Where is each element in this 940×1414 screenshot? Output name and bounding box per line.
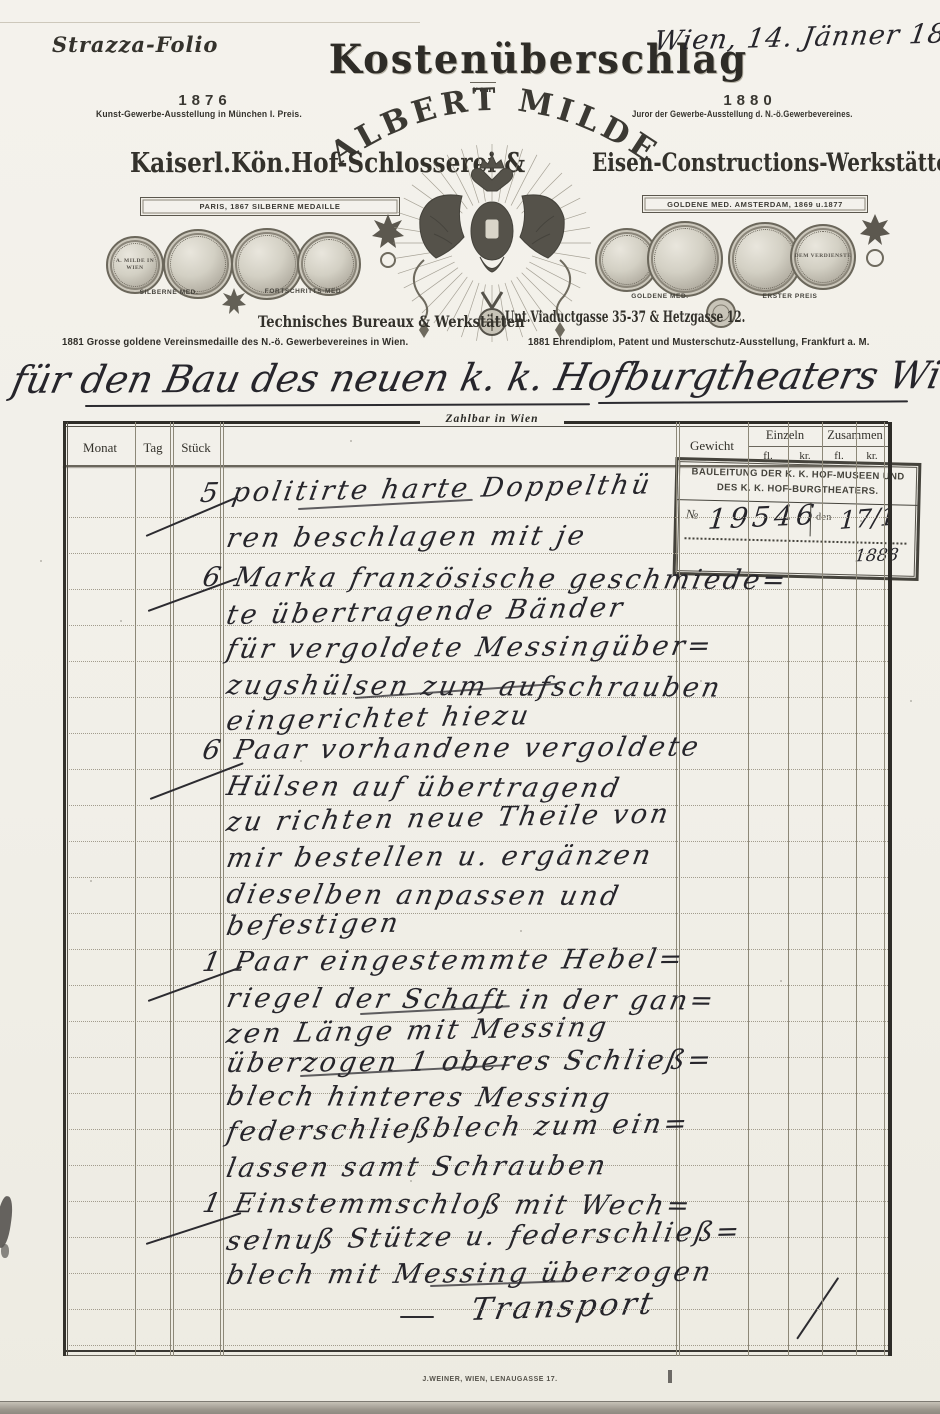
- sunburst-ray: [532, 256, 586, 274]
- ribbon-paris: PARIS, 1867 SILBERNE MEDAILLE: [140, 197, 400, 216]
- handwritten-line: 6 Marka französische geschmiede=: [200, 562, 791, 596]
- paper-speck: [520, 930, 522, 932]
- table-row-line: [64, 877, 888, 878]
- paper-speck: [910, 700, 912, 702]
- handwritten-line: zen Länge mit Messing: [224, 1012, 612, 1050]
- table-row-line: [64, 553, 888, 554]
- medal-inscription: A. MILDE IN WIEN: [108, 258, 162, 272]
- table-column-rule: [788, 422, 789, 1356]
- handwritten-line: mir bestellen u. ergänzen: [224, 840, 656, 874]
- table-row-line: [64, 769, 888, 770]
- corner-label: Strazza-Folio: [52, 32, 218, 57]
- paper-speck: [300, 760, 302, 762]
- handwritten-line: 5 politirte harte Doppelthü: [198, 469, 655, 509]
- handwritten-line: 6 Paar vorhandene vergoldete: [200, 732, 704, 766]
- handwritten-line: 1 Paar eingestemmte Hebel=: [200, 944, 687, 978]
- paper-speck: [780, 980, 782, 982]
- table-column-rule: [822, 422, 823, 1356]
- handwritten-line: blech hinteres Messing: [224, 1081, 615, 1114]
- handwritten-line: befestigen: [224, 908, 403, 942]
- scan-smudge: [1, 1244, 9, 1258]
- scan-bottom-band: [0, 1401, 940, 1414]
- scan-fold-line: [0, 22, 420, 23]
- paper-speck: [120, 620, 122, 622]
- offices-line: Technisches Bureaux & Werkstätten: [258, 312, 525, 331]
- honor-line-left: 1881 Grosse goldene Vereinsmedaille des …: [62, 337, 408, 348]
- handwritten-line: Hülsen auf übertragend: [224, 771, 625, 804]
- subject-underline: [598, 400, 908, 404]
- handwritten-line: blech mit Messing überzogen: [224, 1257, 716, 1291]
- paper-speck: [700, 680, 702, 682]
- printer-mark: J.WEINER, WIEN, LENAUGASSE 17.: [320, 1376, 660, 1383]
- column-header-einzeln: Einzeln: [748, 428, 822, 443]
- handwritten-subject-line: für den Bau des neuen k. k. Hofburgtheat…: [8, 353, 940, 402]
- scan-speck: [668, 1370, 672, 1383]
- handwritten-line: riegel der Schaft in der gan=: [224, 983, 719, 1017]
- order-cross-icon: [220, 286, 248, 320]
- table-row-line: [64, 1309, 888, 1310]
- scan-smudge: [0, 1195, 15, 1248]
- handwritten-line: lassen samt Schrauben: [224, 1150, 611, 1184]
- handwritten-line: zugshülsen zum aufschrauben: [224, 670, 725, 704]
- table-bottom-border: [63, 1355, 888, 1356]
- table-column-rule: [884, 422, 885, 1356]
- table-top-border: [63, 426, 888, 427]
- paper-speck: [40, 560, 42, 562]
- medal-icon: [647, 221, 723, 297]
- carry-forward-label: Transport: [468, 1286, 658, 1328]
- table-column-rule: [856, 422, 857, 1356]
- column-header-tag: Tag: [135, 440, 171, 456]
- table-bottom-border: [63, 1350, 888, 1352]
- table-row-line: [64, 913, 888, 914]
- column-header-gewicht: Gewicht: [677, 438, 747, 454]
- column-header-monat: Monat: [67, 440, 133, 456]
- handwritten-place-date: Wien, 14. Jänner 1888: [652, 17, 940, 57]
- subheader-divider: [748, 446, 888, 447]
- address-line: Unt.Viaductgasse 35-37 & Hetzgasse 12.: [505, 307, 745, 326]
- payable-note: Zahlbar in Wien: [420, 413, 564, 425]
- table-column-rule: [748, 422, 749, 1356]
- medal-caption: GOLDENE MED.: [618, 293, 702, 300]
- sunburst-ray: [422, 273, 462, 313]
- handwritten-line: für vergoldete Messingüber=: [224, 631, 716, 665]
- handwritten-line: selnuß Stütze u. federschließ=: [224, 1216, 744, 1257]
- award-text-right: Juror der Gewerbe-Ausstellung d. N.-ö.Ge…: [632, 109, 853, 120]
- table-row-line: [64, 1345, 888, 1346]
- honor-line-right: 1881 Ehrendiplom, Patent und Musterschut…: [528, 337, 870, 348]
- paper-speck: [410, 1180, 412, 1182]
- medal-caption: ERSTER PREIS: [748, 293, 832, 300]
- subject-underline: [85, 403, 590, 407]
- table-column-rule: [173, 422, 174, 1356]
- award-year-left: 1876: [140, 92, 270, 109]
- paper-speck: [860, 520, 862, 522]
- table-column-rule: [135, 422, 136, 1356]
- handwritten-line: überzogen 1 oberes Schließ=: [224, 1045, 716, 1079]
- business-line-right: Eisen-Constructions-Werkstätte: [592, 148, 940, 177]
- handwritten-line: 1 Einstemmschloß mit Wech=: [200, 1188, 695, 1222]
- paper-speck: [240, 1060, 242, 1062]
- medal-caption: SILBERNE MED.: [126, 289, 212, 296]
- transport-dash: [400, 1316, 434, 1318]
- paper-speck: [350, 440, 352, 442]
- table-column-rule: [888, 422, 892, 1356]
- stamp-number-label: №: [686, 506, 699, 522]
- stamp-year-value: 1888: [854, 545, 900, 566]
- sunburst-ray: [526, 268, 572, 302]
- sunburst-ray: [398, 256, 452, 274]
- handwritten-line: eingerichtet hiezu: [224, 700, 534, 737]
- table-column-rule: [170, 422, 171, 1356]
- column-header-zusammen: Zusammen: [822, 428, 888, 443]
- order-cross-icon: [858, 212, 892, 270]
- handwritten-line: federschließblech zum ein=: [224, 1108, 692, 1148]
- sunburst-ray: [529, 262, 580, 288]
- stamp-line1: BAULEITUNG DER K. K. HOF-MUSEEN UND: [678, 466, 918, 483]
- sunburst-ray: [412, 268, 458, 302]
- stamp-dotted-line: [684, 537, 906, 544]
- stamp-line2: DES K. K. HOF-BURGTHEATERS.: [678, 481, 918, 498]
- paper-speck: [600, 1240, 602, 1242]
- ribbon-amsterdam: GOLDENE MED. AMSTERDAM, 1869 u.1877: [642, 195, 868, 213]
- medal-icon: DEM VERDIENSTE: [790, 224, 856, 290]
- paper-speck: [640, 1120, 642, 1122]
- paper-speck: [90, 880, 92, 882]
- medal-icon: A. MILDE IN WIEN: [106, 236, 164, 294]
- medal-icon: [297, 232, 361, 296]
- table-column-rule: [63, 422, 66, 1356]
- award-text-left: Kunst-Gewerbe-Ausstellung in München I. …: [96, 109, 302, 120]
- column-header-stueck: Stück: [172, 440, 220, 456]
- award-year-right: 1880: [685, 92, 815, 109]
- handwritten-line: ren beschlagen mit je: [224, 520, 590, 554]
- table-column-rule: [67, 422, 68, 1356]
- sunburst-ray: [404, 262, 455, 288]
- handwritten-line: dieselben anpassen und: [224, 879, 624, 912]
- medal-caption: FORTSCHRITTS-MED: [255, 288, 351, 295]
- check-mark: [148, 578, 238, 612]
- medal-inscription: DEM VERDIENSTE: [795, 253, 852, 260]
- scanned-invoice-document: Strazza-Folio Kostenüberschlag von Wien,…: [0, 0, 940, 1414]
